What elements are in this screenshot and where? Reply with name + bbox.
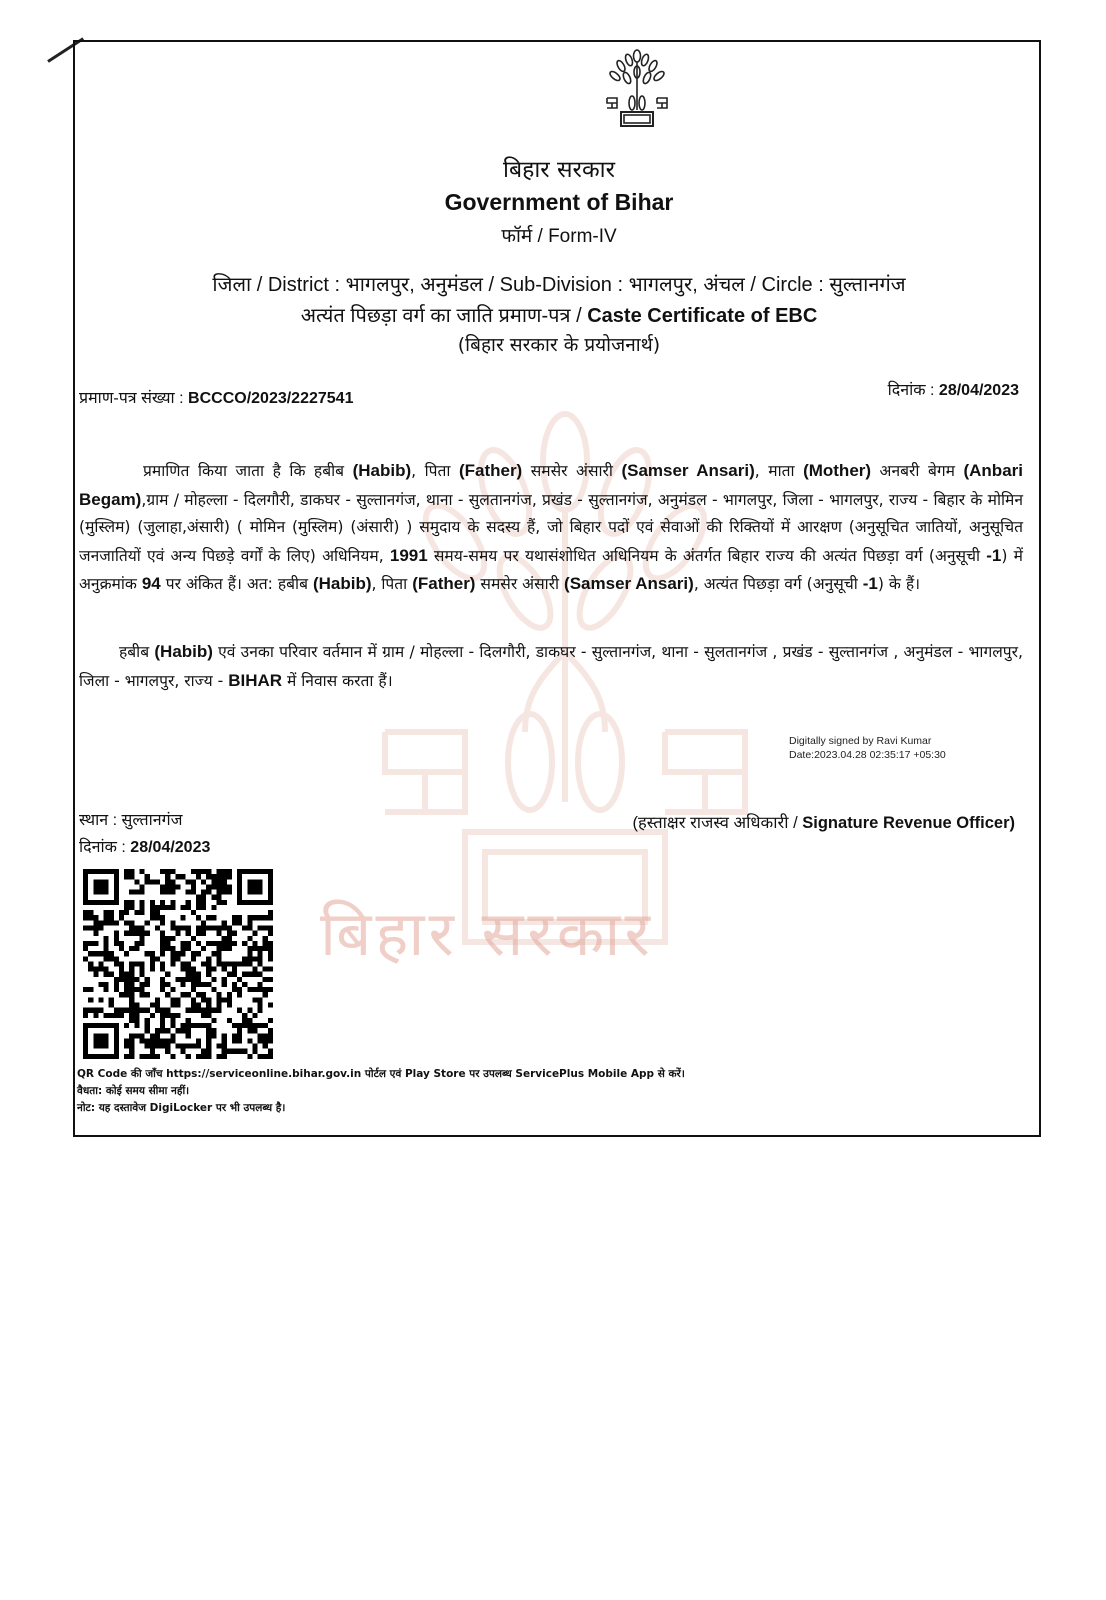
certification-paragraph: प्रमाणित किया जाता है कि हबीब (Habib), प… <box>79 457 1023 599</box>
signature-label-english: Signature Revenue Officer) <box>802 814 1015 832</box>
circle-label: अंचल / Circle : <box>703 274 823 296</box>
signature-label-hindi: (हस्ताक्षर राजस्व अधिकारी / <box>633 814 798 832</box>
digital-signature-signer: Digitally signed by Ravi Kumar <box>789 734 946 748</box>
signature-label: (हस्ताक्षर राजस्व अधिकारी / Signature Re… <box>633 810 1015 833</box>
place-value: सुल्तानगंज <box>122 812 183 829</box>
certificate-number: प्रमाण-पत्र संख्या : BCCCO/2023/2227541 <box>79 386 353 408</box>
footer-digilocker-note: नोट: यह दस्तावेज DigiLocker पर भी उपलब्ध… <box>77 1100 685 1117</box>
digital-signature-date: Date:2023.04.28 02:35:17 +05:30 <box>789 748 946 762</box>
footer-notes: QR Code की जाँच https://serviceonline.bi… <box>77 1066 685 1117</box>
certificate-title: अत्यंत पिछड़ा वर्ग का जाति प्रमाण-पत्र /… <box>75 301 1043 328</box>
jurisdiction-line: जिला / District : भागलपुर, अनुमंडल / Sub… <box>75 270 1043 297</box>
qr-code-icon[interactable] <box>83 868 273 1060</box>
certificate-title-hindi: अत्यंत पिछड़ा वर्ग का जाति प्रमाण-पत्र / <box>301 305 582 327</box>
district-label: जिला / District : <box>212 274 340 296</box>
subdivision-value: भागलपुर, <box>629 274 698 296</box>
place-date-value: 28/04/2023 <box>130 839 210 856</box>
title-english: Government of Bihar <box>75 189 1043 216</box>
watermark-text: बिहार सरकार <box>320 890 654 974</box>
certificate-title-english: Caste Certificate of EBC <box>587 305 817 327</box>
bihar-emblem-icon <box>597 48 677 134</box>
form-number: फॉर्म / Form-IV <box>75 222 1043 248</box>
issue-date: दिनांक : 28/04/2023 <box>888 378 1019 400</box>
residence-paragraph: हबीब (Habib) एवं उनका परिवार वर्तमान में… <box>79 638 1023 695</box>
certificate-number-label: प्रमाण-पत्र संख्या : <box>79 390 184 407</box>
issue-date-label: दिनांक : <box>888 382 935 399</box>
place-date-block: स्थान : सुल्तानगंज दिनांक : 28/04/2023 <box>79 807 210 861</box>
purpose-line: (बिहार सरकार के प्रयोजनार्थ) <box>75 331 1043 357</box>
circle-value: सुल्तानगंज <box>829 274 905 296</box>
footer-validity: वैधता: कोई समय सीमा नहीं। <box>77 1083 685 1100</box>
district-value: भागलपुर, <box>346 274 415 296</box>
certificate-number-value: BCCCO/2023/2227541 <box>188 390 353 407</box>
place-date-label: दिनांक : <box>79 839 126 856</box>
title-hindi: बिहार सरकार <box>75 152 1043 184</box>
digital-signature: Digitally signed by Ravi Kumar Date:2023… <box>789 734 946 762</box>
issue-date-value: 28/04/2023 <box>939 382 1019 399</box>
subdivision-label: अनुमंडल / Sub-Division : <box>420 274 623 296</box>
footer-qr-verification: QR Code की जाँच https://serviceonline.bi… <box>77 1066 685 1083</box>
place-label: स्थान : <box>79 812 117 829</box>
